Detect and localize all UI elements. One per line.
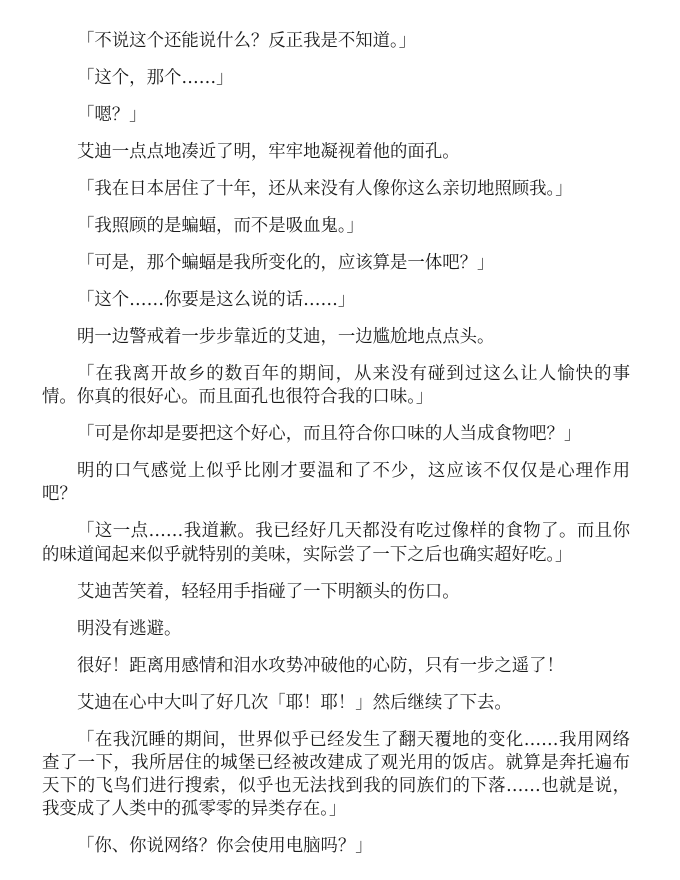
paragraph: 「我照顾的是蝙蝠，而不是吸血鬼。」	[42, 215, 630, 238]
paragraph: 「不说这个还能说什么？反正我是不知道。」	[42, 30, 630, 53]
paragraph: 「你、你说网络？你会使用电脑吗？」	[42, 835, 630, 858]
paragraph: 「这一点……我道歉。我已经好几天都没有吃过像样的食物了。而且你的味道闻起来似乎就…	[42, 520, 630, 566]
paragraph: 「这个……你要是这么说的话……」	[42, 289, 630, 312]
paragraph: 明的口气感觉上似乎比刚才要温和了不少，这应该不仅仅是心理作用吧？	[42, 460, 630, 506]
paragraph: 「可是你却是要把这个好心，而且符合你口味的人当成食物吧？」	[42, 423, 630, 446]
paragraph: 「这个，那个……」	[42, 67, 630, 90]
paragraph: 「可是，那个蝙蝠是我所变化的，应该算是一体吧？」	[42, 252, 630, 275]
paragraph: 「嗯？」	[42, 104, 630, 127]
paragraph: 明一边警戒着一步步靠近的艾迪，一边尴尬地点点头。	[42, 326, 630, 349]
paragraph: 很好！距离用感情和泪水攻势冲破他的心防，只有一步之遥了！	[42, 655, 630, 678]
paragraph: 艾迪一点点地凑近了明，牢牢地凝视着他的面孔。	[42, 141, 630, 164]
paragraph: 艾迪苦笑着，轻轻用手指碰了一下明额头的伤口。	[42, 581, 630, 604]
paragraph: 艾迪在心中大叫了好几次「耶！耶！」然后继续了下去。	[42, 692, 630, 715]
paragraph: 「我在日本居住了十年，还从来没有人像你这么亲切地照顾我。」	[42, 178, 630, 201]
document-page: 「不说这个还能说什么？反正我是不知道。」 「这个，那个……」 「嗯？」 艾迪一点…	[42, 30, 630, 872]
paragraph: 「在我离开故乡的数百年的期间，从来没有碰到过这么让人愉快的事情。你真的很好心。而…	[42, 363, 630, 409]
paragraph: 「在我沉睡的期间，世界似乎已经发生了翻天覆地的变化……我用网络查了一下，我所居住…	[42, 729, 630, 822]
paragraph: 明没有逃避。	[42, 618, 630, 641]
